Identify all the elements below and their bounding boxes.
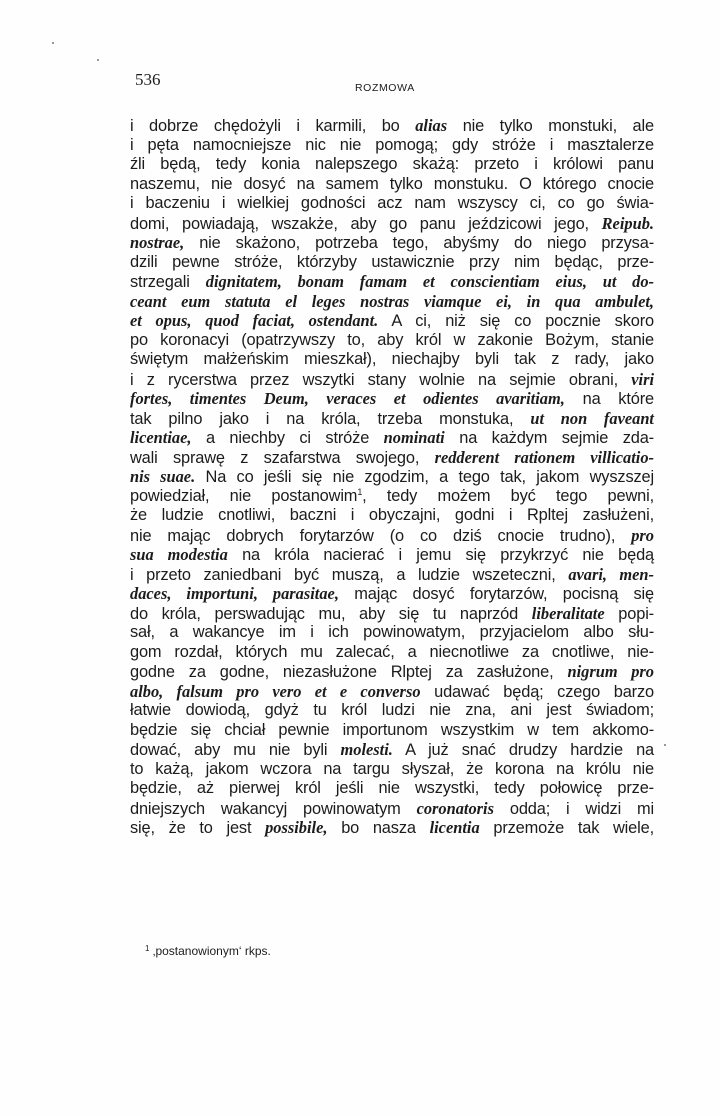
text-line: i baczeniu i wielkiej godności acz nam w… (130, 194, 654, 214)
latin-phrase: sua modestia (130, 545, 228, 564)
text-run: odda; i widzi mi (494, 800, 654, 818)
text-run: i pęta namocniejsze nic nie pomogą; gdy … (130, 136, 654, 154)
latin-phrase: licentia (430, 818, 480, 837)
text-line: ceant eum statuta el leges nostras viamq… (130, 292, 654, 312)
text-run: na które (565, 390, 654, 408)
text-line: nis suae. Na co jeśli się nie zgodzim, a… (130, 467, 654, 487)
text-run: tak pilno jako i na króla, trzeba monstu… (130, 410, 530, 428)
text-run: to każą, jakom wczora na targu słyszał, … (130, 760, 654, 778)
text-line: dniejszych wakancyj powinowatym coronato… (130, 799, 654, 819)
text-run: popi- (605, 605, 654, 623)
text-line: wali sprawę z szafarstwa swojego, redder… (130, 448, 654, 468)
text-line: powiedział, nie postanowim1, tedy możem … (130, 487, 654, 507)
latin-phrase: daces, importuni, parasitae, (130, 584, 339, 603)
text-line: źli będą, tedy konia nalepszego skażą: p… (130, 155, 654, 175)
text-line: nie mając dobrych forytarzów (o co dziś … (130, 526, 654, 546)
text-line: dować, aby mu nie byli molesti. A już sn… (130, 740, 654, 760)
text-run: udawać będą; czego barzo (421, 683, 654, 701)
text-run: gom rozdał, których mu zalecać, a niecno… (130, 643, 654, 661)
latin-phrase: dignitatem, bonam famam et conscientiam … (206, 272, 654, 291)
text-run: a niechby ci stróże (191, 429, 383, 447)
text-line: i z rycerstwa przez wszytki stany wolnie… (130, 370, 654, 390)
text-line: do króla, perswadując mu, aby się tu nap… (130, 604, 654, 624)
text-run: strzegali (130, 273, 206, 291)
text-line: sua modestia na króla nacierać i jemu si… (130, 545, 654, 565)
latin-phrase: coronatoris (417, 799, 494, 818)
latin-phrase: fortes, timentes Deum, veraces et odient… (130, 389, 565, 408)
text-run: i z rycerstwa przez wszytki stany wolnie… (130, 371, 631, 389)
text-line: i dobrze chędożyli i karmili, bo alias n… (130, 116, 654, 136)
text-run: i przeto zaniedbani być muszą, a ludzie … (130, 566, 568, 584)
text-line: albo, falsum pro vero et e converso udaw… (130, 682, 654, 702)
page-number: 536 (135, 70, 161, 90)
text-run: świętym małżeńskim mieszkał), niechajby … (130, 350, 654, 368)
latin-phrase: nigrum pro (567, 662, 654, 681)
running-head: ROZMOWA (355, 82, 415, 94)
text-line: strzegali dignitatem, bonam famam et con… (130, 272, 654, 292)
text-run: będzie, aż pierwej król jeśli nie wszyst… (130, 779, 654, 797)
scan-speck (97, 59, 99, 61)
text-run: nie skażono, potrzeba tego, abyśmy do ni… (184, 234, 654, 252)
text-line: sał, a wakancye im i ich powinowatym, pr… (130, 623, 654, 643)
latin-phrase: albo, falsum pro vero et e converso (130, 682, 421, 701)
footnote: 1 ‚postanowionym‘ rkps. (145, 944, 271, 958)
latin-phrase: avari, men- (568, 565, 654, 584)
text-run: na króla nacierać i jemu się przykrzyć n… (228, 546, 654, 564)
text-run: nie mając dobrych forytarzów (o co dziś … (130, 527, 631, 545)
scan-speck (52, 42, 54, 44)
text-run: nie tylko monstuki, ale (447, 117, 654, 135)
latin-phrase: ceant eum statuta el leges nostras viamq… (130, 292, 654, 311)
latin-phrase: redderent rationem villicatio- (435, 448, 654, 467)
text-line: et opus, quod faciat, ostendant. A ci, n… (130, 311, 654, 331)
latin-phrase: pro (631, 526, 654, 545)
latin-phrase: liberalitate (532, 604, 605, 623)
text-run: powiedział, nie postanowim (130, 487, 357, 505)
latin-phrase: et opus, quod faciat, ostendant. (130, 311, 378, 330)
text-run: źli będą, tedy konia nalepszego skażą: p… (130, 155, 654, 173)
text-line: świętym małżeńskim mieszkał), niechajby … (130, 350, 654, 370)
text-run: łatwie dowiodą, gdyż tu król ludzi nie z… (130, 701, 654, 719)
text-run: sał, a wakancye im i ich powinowatym, pr… (130, 623, 654, 641)
text-line: po koronacyi (opatrzywszy to, aby król w… (130, 331, 654, 351)
text-run: będzie się chciał pewnie importunom wszy… (130, 721, 654, 739)
text-line: że ludzie cnotliwi, baczni i obyczajni, … (130, 506, 654, 526)
text-run: domi, powiadają, wszakże, aby go panu je… (130, 215, 602, 233)
text-run: po koronacyi (opatrzywszy to, aby król w… (130, 331, 654, 349)
text-run: bo nasza (327, 819, 429, 837)
text-run: i baczeniu i wielkiej godności acz nam w… (130, 194, 654, 212)
latin-phrase: ut non faveant (530, 409, 654, 428)
text-run: dzili pewne stróże, którzyby ustawicznie… (130, 253, 654, 271)
text-line: się, że to jest possibile, bo nasza lice… (130, 818, 654, 838)
text-run: i dobrze chędożyli i karmili, bo (130, 117, 415, 135)
text-line: dzili pewne stróże, którzyby ustawicznie… (130, 253, 654, 273)
text-line: to każą, jakom wczora na targu słyszał, … (130, 760, 654, 780)
text-run: na każdym sejmie zda- (445, 429, 654, 447)
text-line: fortes, timentes Deum, veraces et odient… (130, 389, 654, 409)
text-run: dniejszych wakancyj powinowatym (130, 800, 417, 818)
latin-phrase: nostrae, (130, 233, 184, 252)
latin-phrase: licentiae, (130, 428, 191, 447)
text-run: Na co jeśli się nie zgodzim, a tego tak,… (195, 468, 654, 486)
latin-phrase: alias (415, 116, 447, 135)
latin-phrase: nominati (384, 428, 445, 447)
latin-phrase: nis suae. (130, 467, 195, 486)
text-line: i pęta namocniejsze nic nie pomogą; gdy … (130, 136, 654, 156)
text-run: że ludzie cnotliwi, baczni i obyczajni, … (130, 506, 654, 524)
text-run: A ci, niż się co pocznie skoro (378, 312, 654, 330)
text-run: godne za godne, niezasłużone Rlptej za z… (130, 663, 567, 681)
text-run: naszemu, nie dosyć na samem tylko monstu… (130, 175, 654, 193)
text-line: licentiae, a niechby ci stróże nominati … (130, 428, 654, 448)
text-run: wali sprawę z szafarstwa swojego, (130, 449, 435, 467)
latin-phrase: Reipub. (602, 214, 654, 233)
text-line: łatwie dowiodą, gdyż tu król ludzi nie z… (130, 701, 654, 721)
scan-speck (664, 744, 666, 746)
text-line: domi, powiadają, wszakże, aby go panu je… (130, 214, 654, 234)
text-line: gom rozdał, których mu zalecać, a niecno… (130, 643, 654, 663)
text-run: , tedy możem być tego pewni, (362, 487, 654, 505)
text-run: przemoże tak wiele, (480, 819, 654, 837)
footnote-text: ‚postanowionym‘ rkps. (149, 944, 270, 958)
text-run: się, że to jest (130, 819, 265, 837)
text-line: będzie się chciał pewnie importunom wszy… (130, 721, 654, 741)
text-line: naszemu, nie dosyć na samem tylko monstu… (130, 175, 654, 195)
text-run: do króla, perswadując mu, aby się tu nap… (130, 605, 532, 623)
latin-phrase: viri (631, 370, 654, 389)
latin-phrase: possibile, (265, 818, 327, 837)
text-line: daces, importuni, parasitae, mając dosyć… (130, 584, 654, 604)
text-line: godne za godne, niezasłużone Rlptej za z… (130, 662, 654, 682)
text-line: będzie, aż pierwej król jeśli nie wszyst… (130, 779, 654, 799)
text-run: mając dosyć forytarzów, pocisną się (339, 585, 654, 603)
text-line: nostrae, nie skażono, potrzeba tego, aby… (130, 233, 654, 253)
text-line: i przeto zaniedbani być muszą, a ludzie … (130, 565, 654, 585)
text-line: tak pilno jako i na króla, trzeba monstu… (130, 409, 654, 429)
body-text: i dobrze chędożyli i karmili, bo alias n… (130, 116, 654, 838)
text-run: A już snać drudzy hardzie na (393, 741, 654, 759)
text-run: dować, aby mu nie byli (130, 741, 341, 759)
latin-phrase: molesti. (341, 740, 393, 759)
